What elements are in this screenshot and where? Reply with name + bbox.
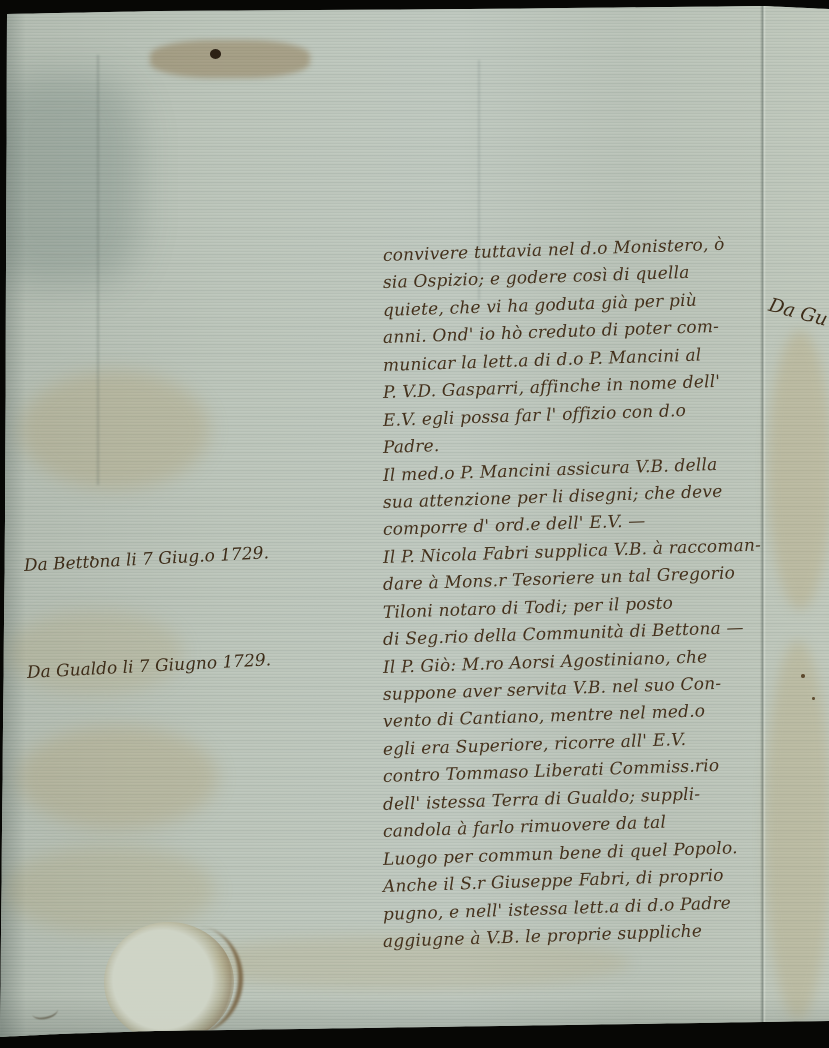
right-edge-partial-note: Da Gu [766,294,829,331]
ink-speck [801,674,805,678]
fold-crease [760,6,766,1022]
water-stain [104,922,234,1042]
fold-crease [97,55,99,485]
bleed-through-mark [150,40,310,78]
margin-note-bettona: Da Bettona li 7 Giug.o 1729. [23,543,269,576]
edge-shadow [0,0,26,1048]
bleed-through-mark [5,845,215,935]
bleed-through-mark [18,725,218,830]
margin-note-gualdo: Da Gualdo li 7 Giugno 1729. [26,650,271,683]
bleed-through-mark [765,640,829,1020]
edge-shadow [0,995,829,1040]
bleed-through-mark [768,330,829,610]
water-stain-edge [141,921,249,1039]
ink-blot [210,49,221,59]
pen-squiggle [31,1002,59,1021]
scan-canvas: Da Bettona li 7 Giug.o 1729. Da Gualdo l… [0,0,829,1048]
manuscript-page: Da Bettona li 7 Giug.o 1729. Da Gualdo l… [0,0,829,1048]
bleed-through-mark [20,370,210,490]
shadow-patch [0,75,140,285]
ink-speck [812,697,815,700]
letter-body-text: convivere tuttavia nel d.o Monistero, ò … [383,243,733,956]
